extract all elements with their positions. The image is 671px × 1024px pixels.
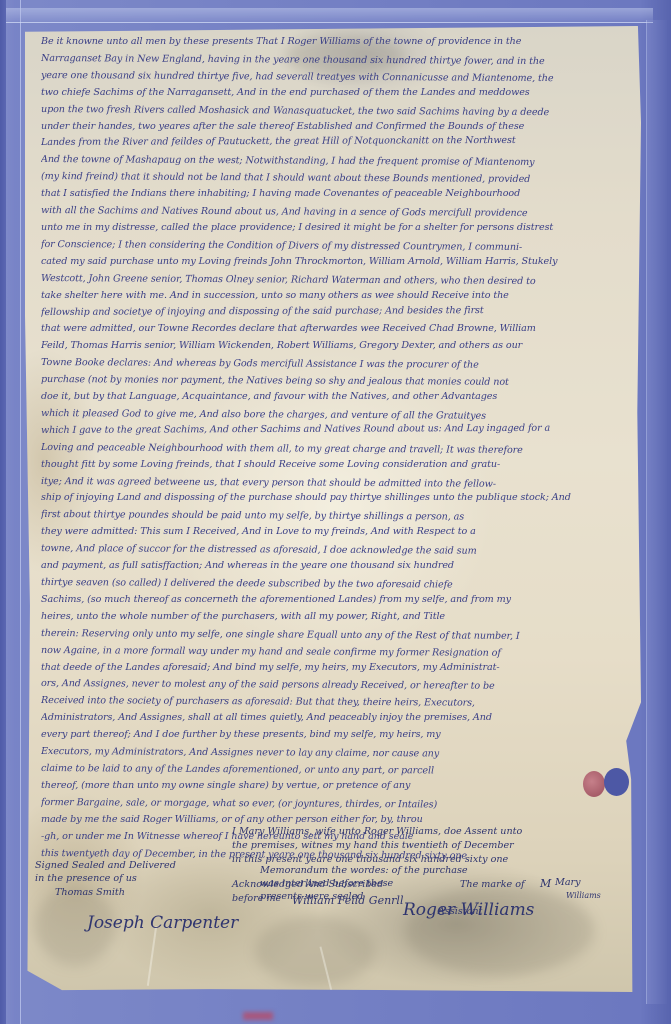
mary-consent-line: I Mary Williams, wife unto Roger William… — [232, 825, 522, 838]
mary-consent-line: in this present yeare one thousand six h… — [232, 853, 508, 866]
red-mark — [243, 1012, 273, 1020]
before-me-line: before me — [232, 892, 281, 905]
mark-name-williams: Williams — [566, 889, 601, 902]
mary-consent-line: the premises, witnes my hand this twenti… — [232, 839, 514, 852]
acknowledged-line: Acknowledged And Subscribed — [232, 878, 383, 891]
mark-name-mary: Mary — [555, 876, 581, 889]
official-william-feild: William Feild Genrll — [292, 894, 403, 907]
mary-mark-glyph: M — [540, 877, 551, 890]
consent-section: I Mary Williams, wife unto Roger William… — [0, 0, 671, 1024]
mark-label: The marke of — [460, 878, 525, 891]
official-title: Assistant — [438, 905, 482, 918]
